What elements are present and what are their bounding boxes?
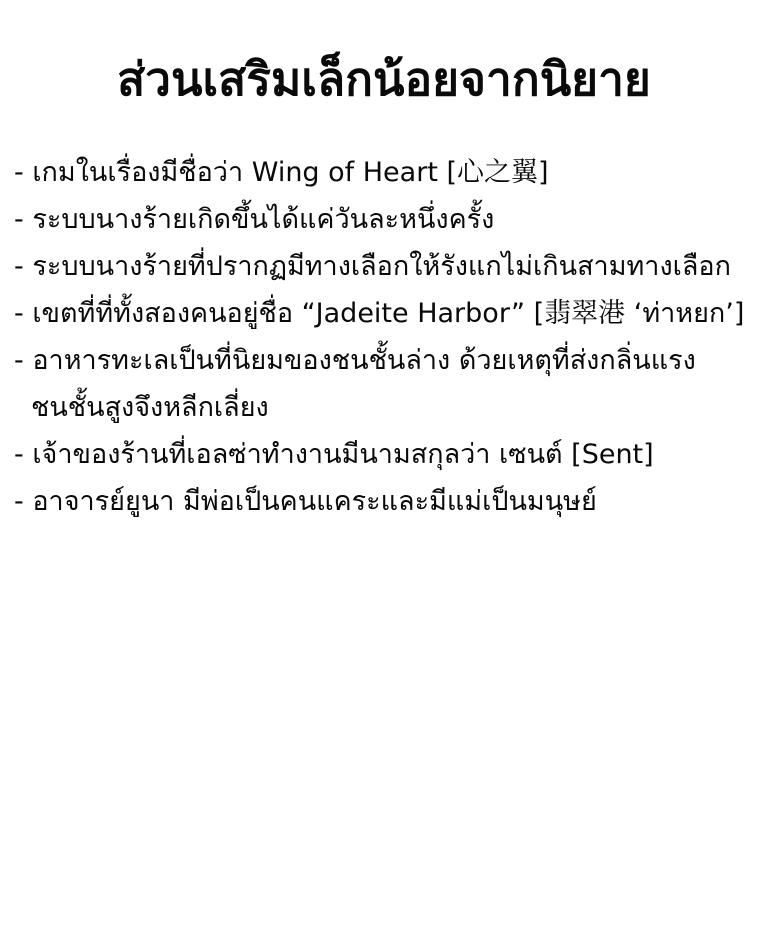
note-line-seafood-1: - อาหารทะเลเป็นที่นิยมของชนชั้นล่าง ด้วย… [14,337,758,384]
note-line-teacher-yuna-parents: - อาจารย์ยูนา มีพ่อเป็นคนแคระและมีแม่เป็… [14,478,758,525]
notes-list: - เกมในเรื่องมีชื่อว่า Wing of Heart [心之… [10,149,758,525]
note-line-district-name: - เขตที่ที่ทั้งสองคนอยู่ชื่อ “Jadeite Ha… [14,290,758,337]
note-line-villainess-system-choices: - ระบบนางร้ายที่ปรากฏมีทางเลือกให้รังแกไ… [14,243,758,290]
note-line-shop-owner-surname: - เจ้าของร้านที่เอลซ่าทำงานมีนามสกุลว่า … [14,431,758,478]
document-page: ส่วนเสริมเล็กน้อยจากนิยาย - เกมในเรื่องม… [0,0,768,950]
page-title: ส่วนเสริมเล็กน้อยจากนิยาย [10,36,758,123]
note-line-villainess-system-frequency: - ระบบนางร้ายเกิดขึ้นได้แค่วันละหนึ่งครั… [14,196,758,243]
note-line-game-name: - เกมในเรื่องมีชื่อว่า Wing of Heart [心之… [14,149,758,196]
note-line-seafood-2: ชนชั้นสูงจึงหลีกเลี่ยง [14,384,758,431]
